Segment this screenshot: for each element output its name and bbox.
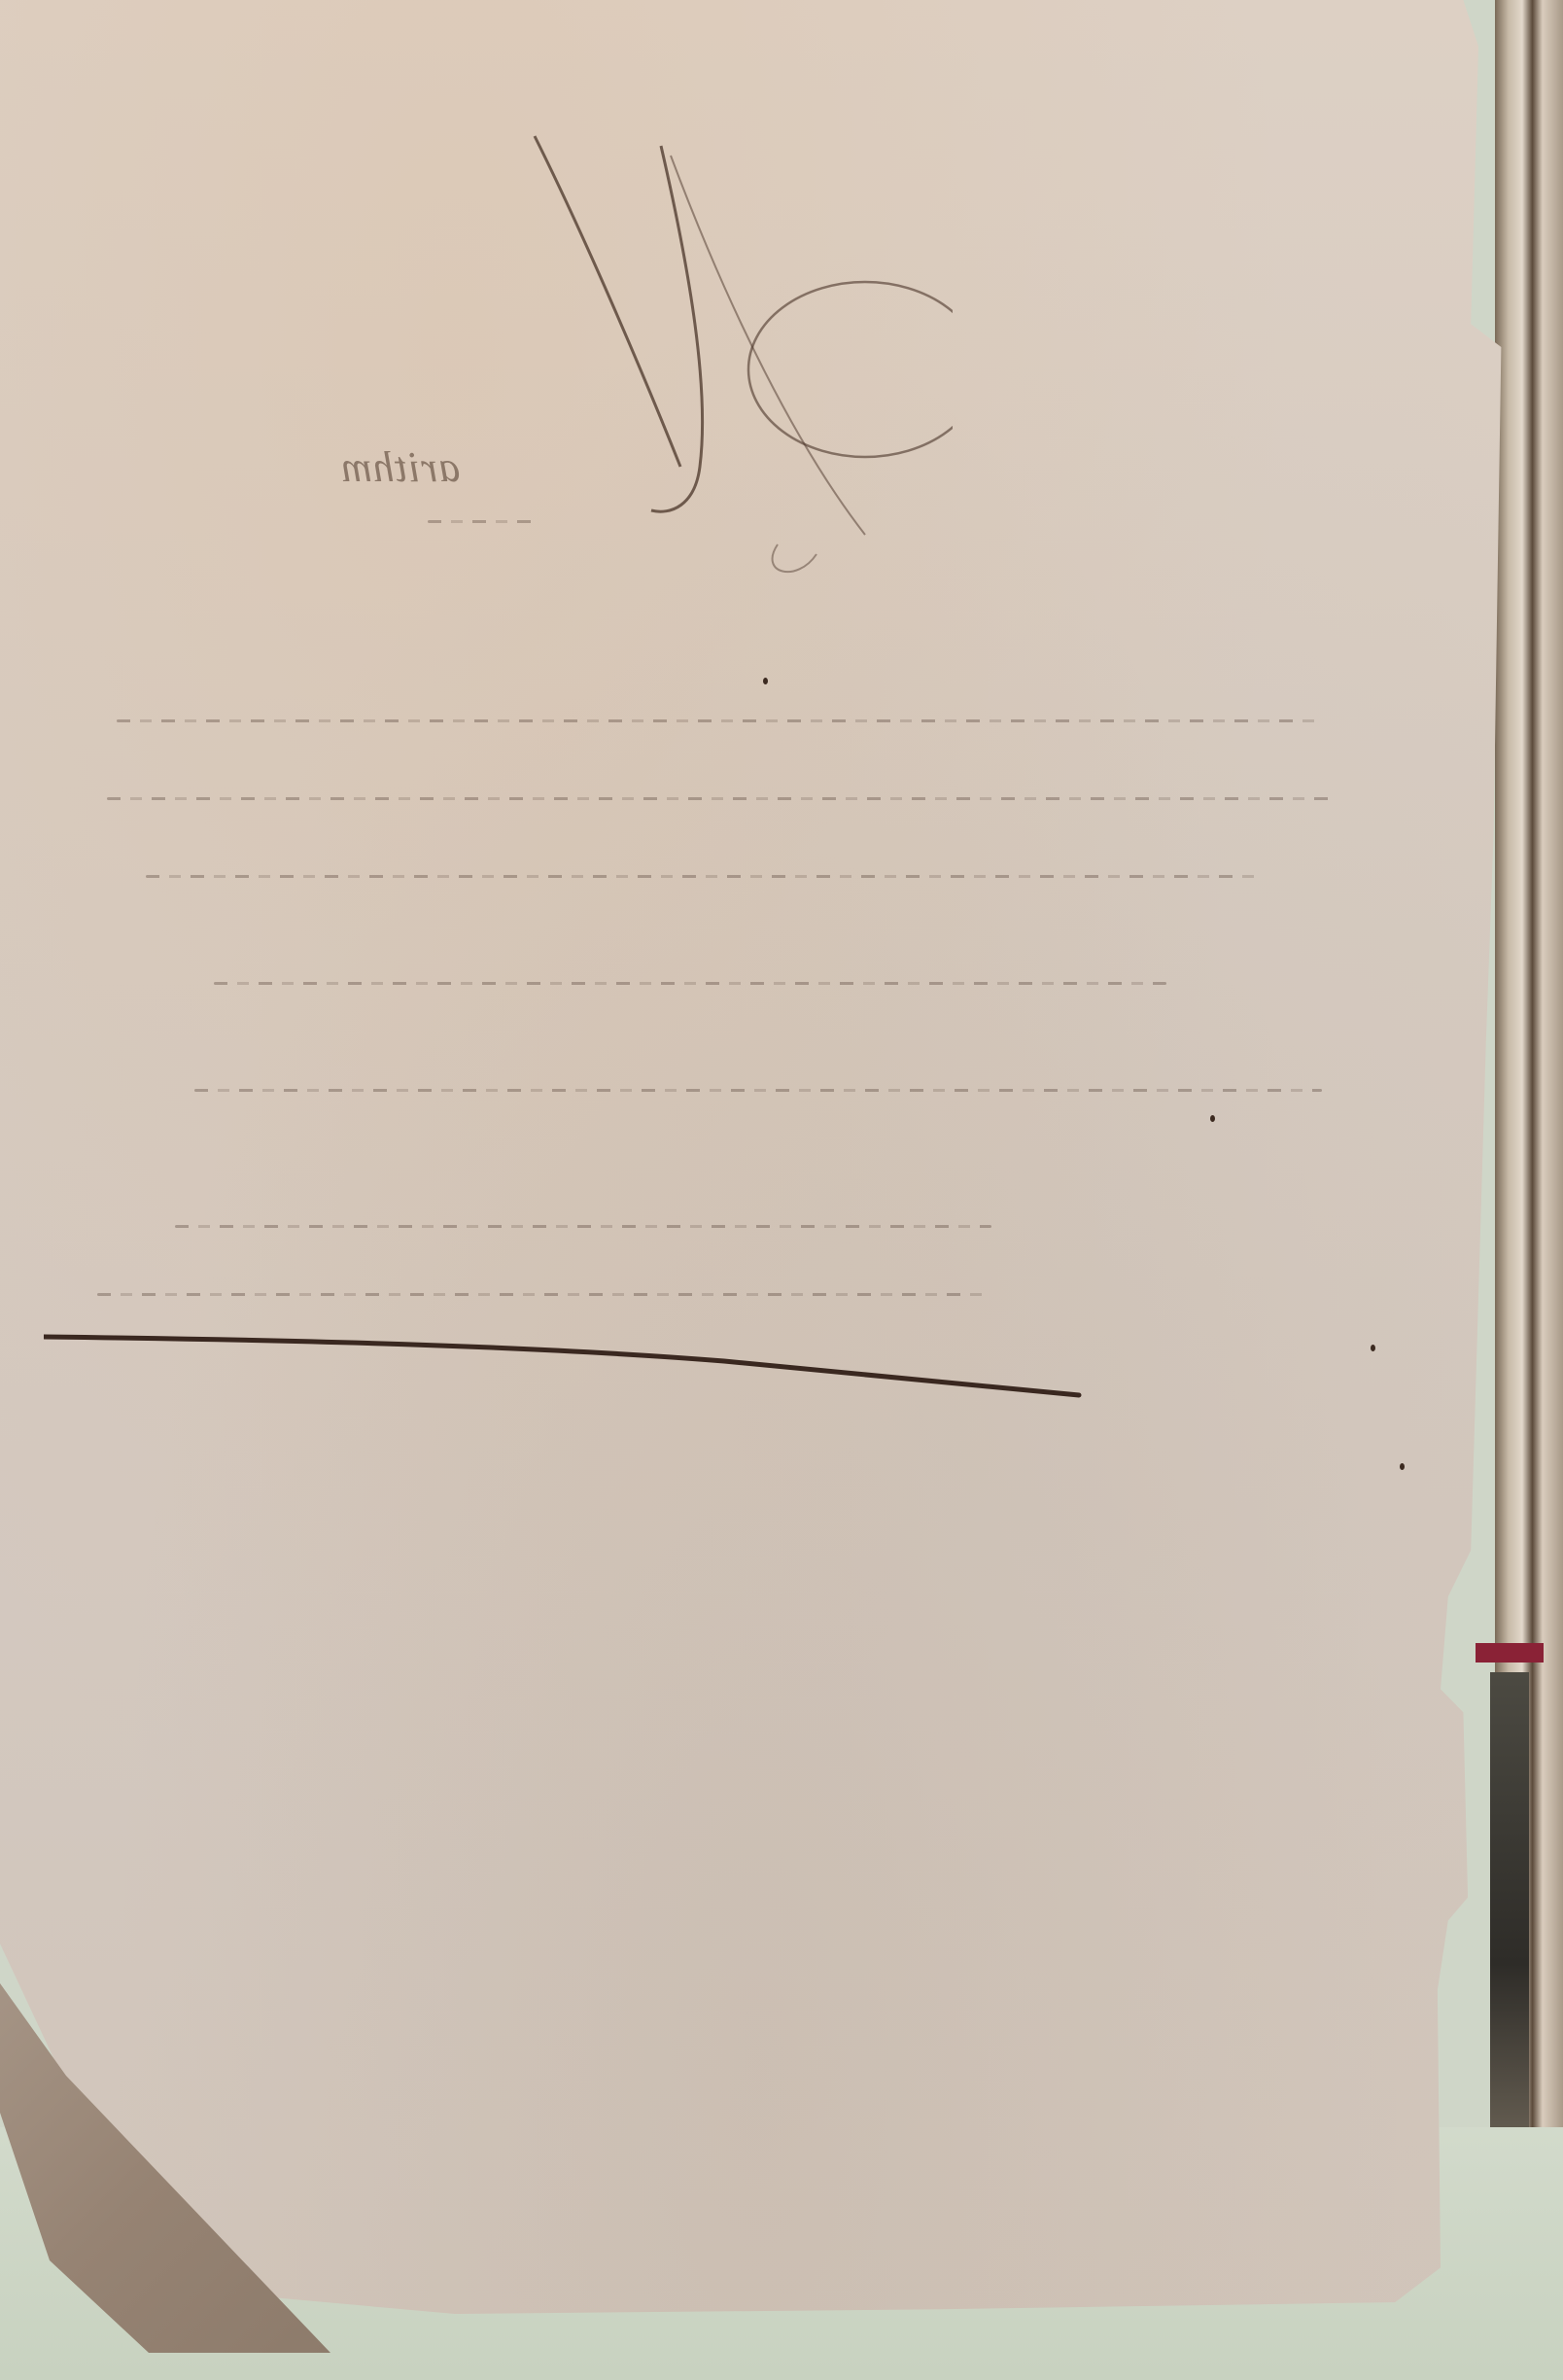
flourish-letter-icon	[505, 117, 953, 574]
body-line-2	[107, 797, 1332, 800]
ink-speck	[1210, 1115, 1215, 1122]
body-line-7	[97, 1293, 991, 1296]
ink-speck	[763, 678, 768, 684]
body-line-5	[194, 1089, 1322, 1092]
body-line-3	[146, 875, 1264, 878]
ink-speck	[1400, 1463, 1405, 1470]
spine-gap-shadow	[1490, 1672, 1529, 2158]
red-ribbon-accent	[1476, 1643, 1544, 1662]
body-line-1	[117, 719, 1322, 722]
ink-rule	[44, 1332, 1084, 1400]
heading-word: arithm	[340, 442, 460, 492]
ink-speck	[1371, 1345, 1375, 1351]
body-line-6	[175, 1225, 991, 1228]
heading-underline	[428, 520, 535, 523]
manuscript-photo: arithm	[0, 0, 1563, 2380]
manuscript-page: arithm	[0, 0, 1516, 2314]
body-line-4	[214, 982, 1166, 985]
